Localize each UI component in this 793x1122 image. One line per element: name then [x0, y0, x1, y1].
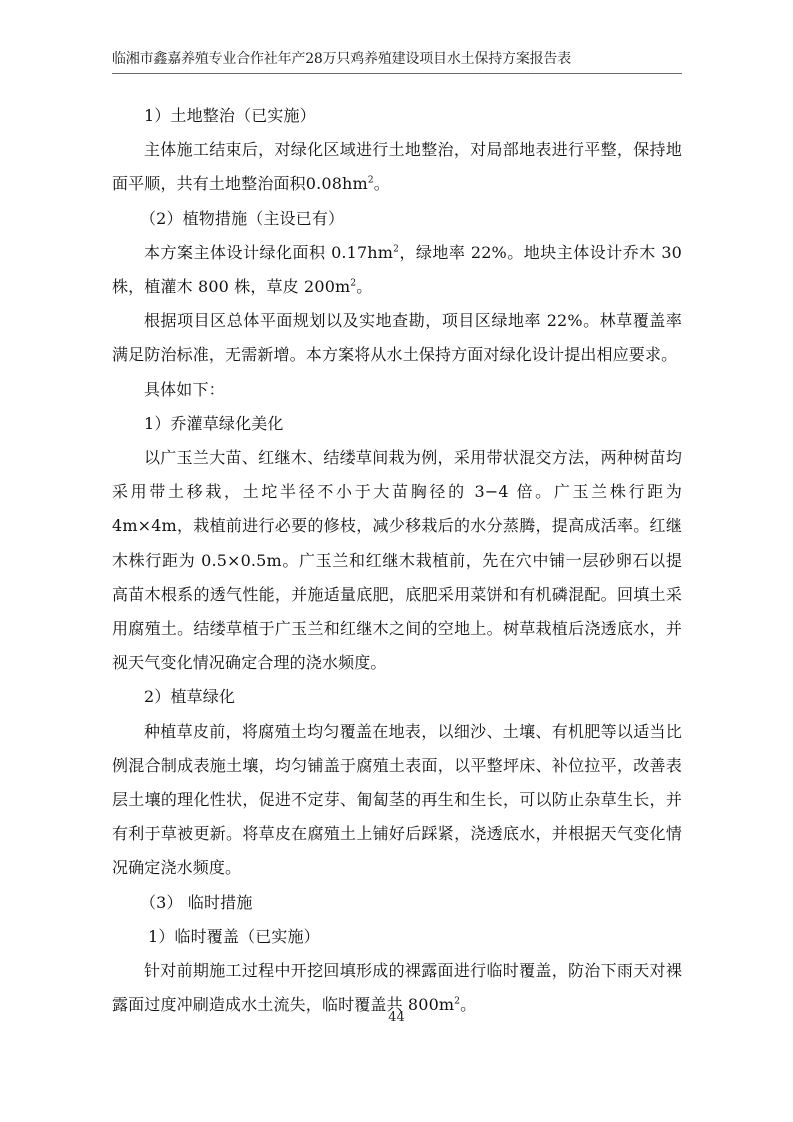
header-divider [112, 73, 682, 74]
paragraph-grass-planting: 种植草皮前，将腐殖土均匀覆盖在地表，以细沙、土壤、有机肥等以适当比例混合制成表施… [112, 715, 682, 886]
section-heading-temporary-cover: 1）临时覆盖（已实施） [112, 920, 682, 954]
section-heading-tree-shrub-grass: 1）乔灌草绿化美化 [112, 407, 682, 441]
paragraph-tail: 。 [356, 277, 372, 296]
page-number: 44 [0, 1010, 793, 1026]
document-body: 1）土地整治（已实施） 主体施工结束后，对绿化区域进行土地整治，对局部地表进行平… [112, 99, 682, 1022]
running-header: 临湘市鑫嘉养殖专业合作社年产28万只鸡养殖建设项目水土保持方案报告表 [112, 49, 682, 69]
section-heading-grass-greening: 2）植草绿化 [112, 680, 682, 714]
paragraph-text: 本方案主体设计绿化面积 0.17hm [144, 243, 393, 262]
paragraph-tree-planting: 以广玉兰大苗、红继木、结缕草间栽为例，采用带状混交方法，两种树苗均采用带土移栽，… [112, 441, 682, 680]
section-heading-plant-measures: （2）植物措施（主设已有） [112, 202, 682, 236]
section-heading-land-leveling: 1）土地整治（已实施） [112, 99, 682, 133]
paragraph-tail: 。 [374, 174, 390, 193]
paragraph-text: 针对前期施工过程中开挖回填形成的裸露面进行临时覆盖，防治下雨天对裸露面过度冲刷造… [112, 961, 682, 1014]
paragraph-details-intro: 具体如下： [112, 373, 682, 407]
paragraph-site-survey: 根据项目区总体平面规划以及实地查勘，项目区绿地率 22%。林草覆盖率满足防治标准… [112, 304, 682, 372]
section-heading-temporary-measures: （3） 临时措施 [112, 886, 682, 920]
paragraph-greening-design: 本方案主体设计绿化面积 0.17hm2，绿地率 22%。地块主体设计乔木 30 … [112, 236, 682, 304]
paragraph-land-leveling: 主体施工结束后，对绿化区域进行土地整治，对局部地表进行平整，保持地面平顺，共有土… [112, 133, 682, 201]
paragraph-text: 主体施工结束后，对绿化区域进行土地整治，对局部地表进行平整，保持地面平顺，共有土… [112, 140, 682, 193]
